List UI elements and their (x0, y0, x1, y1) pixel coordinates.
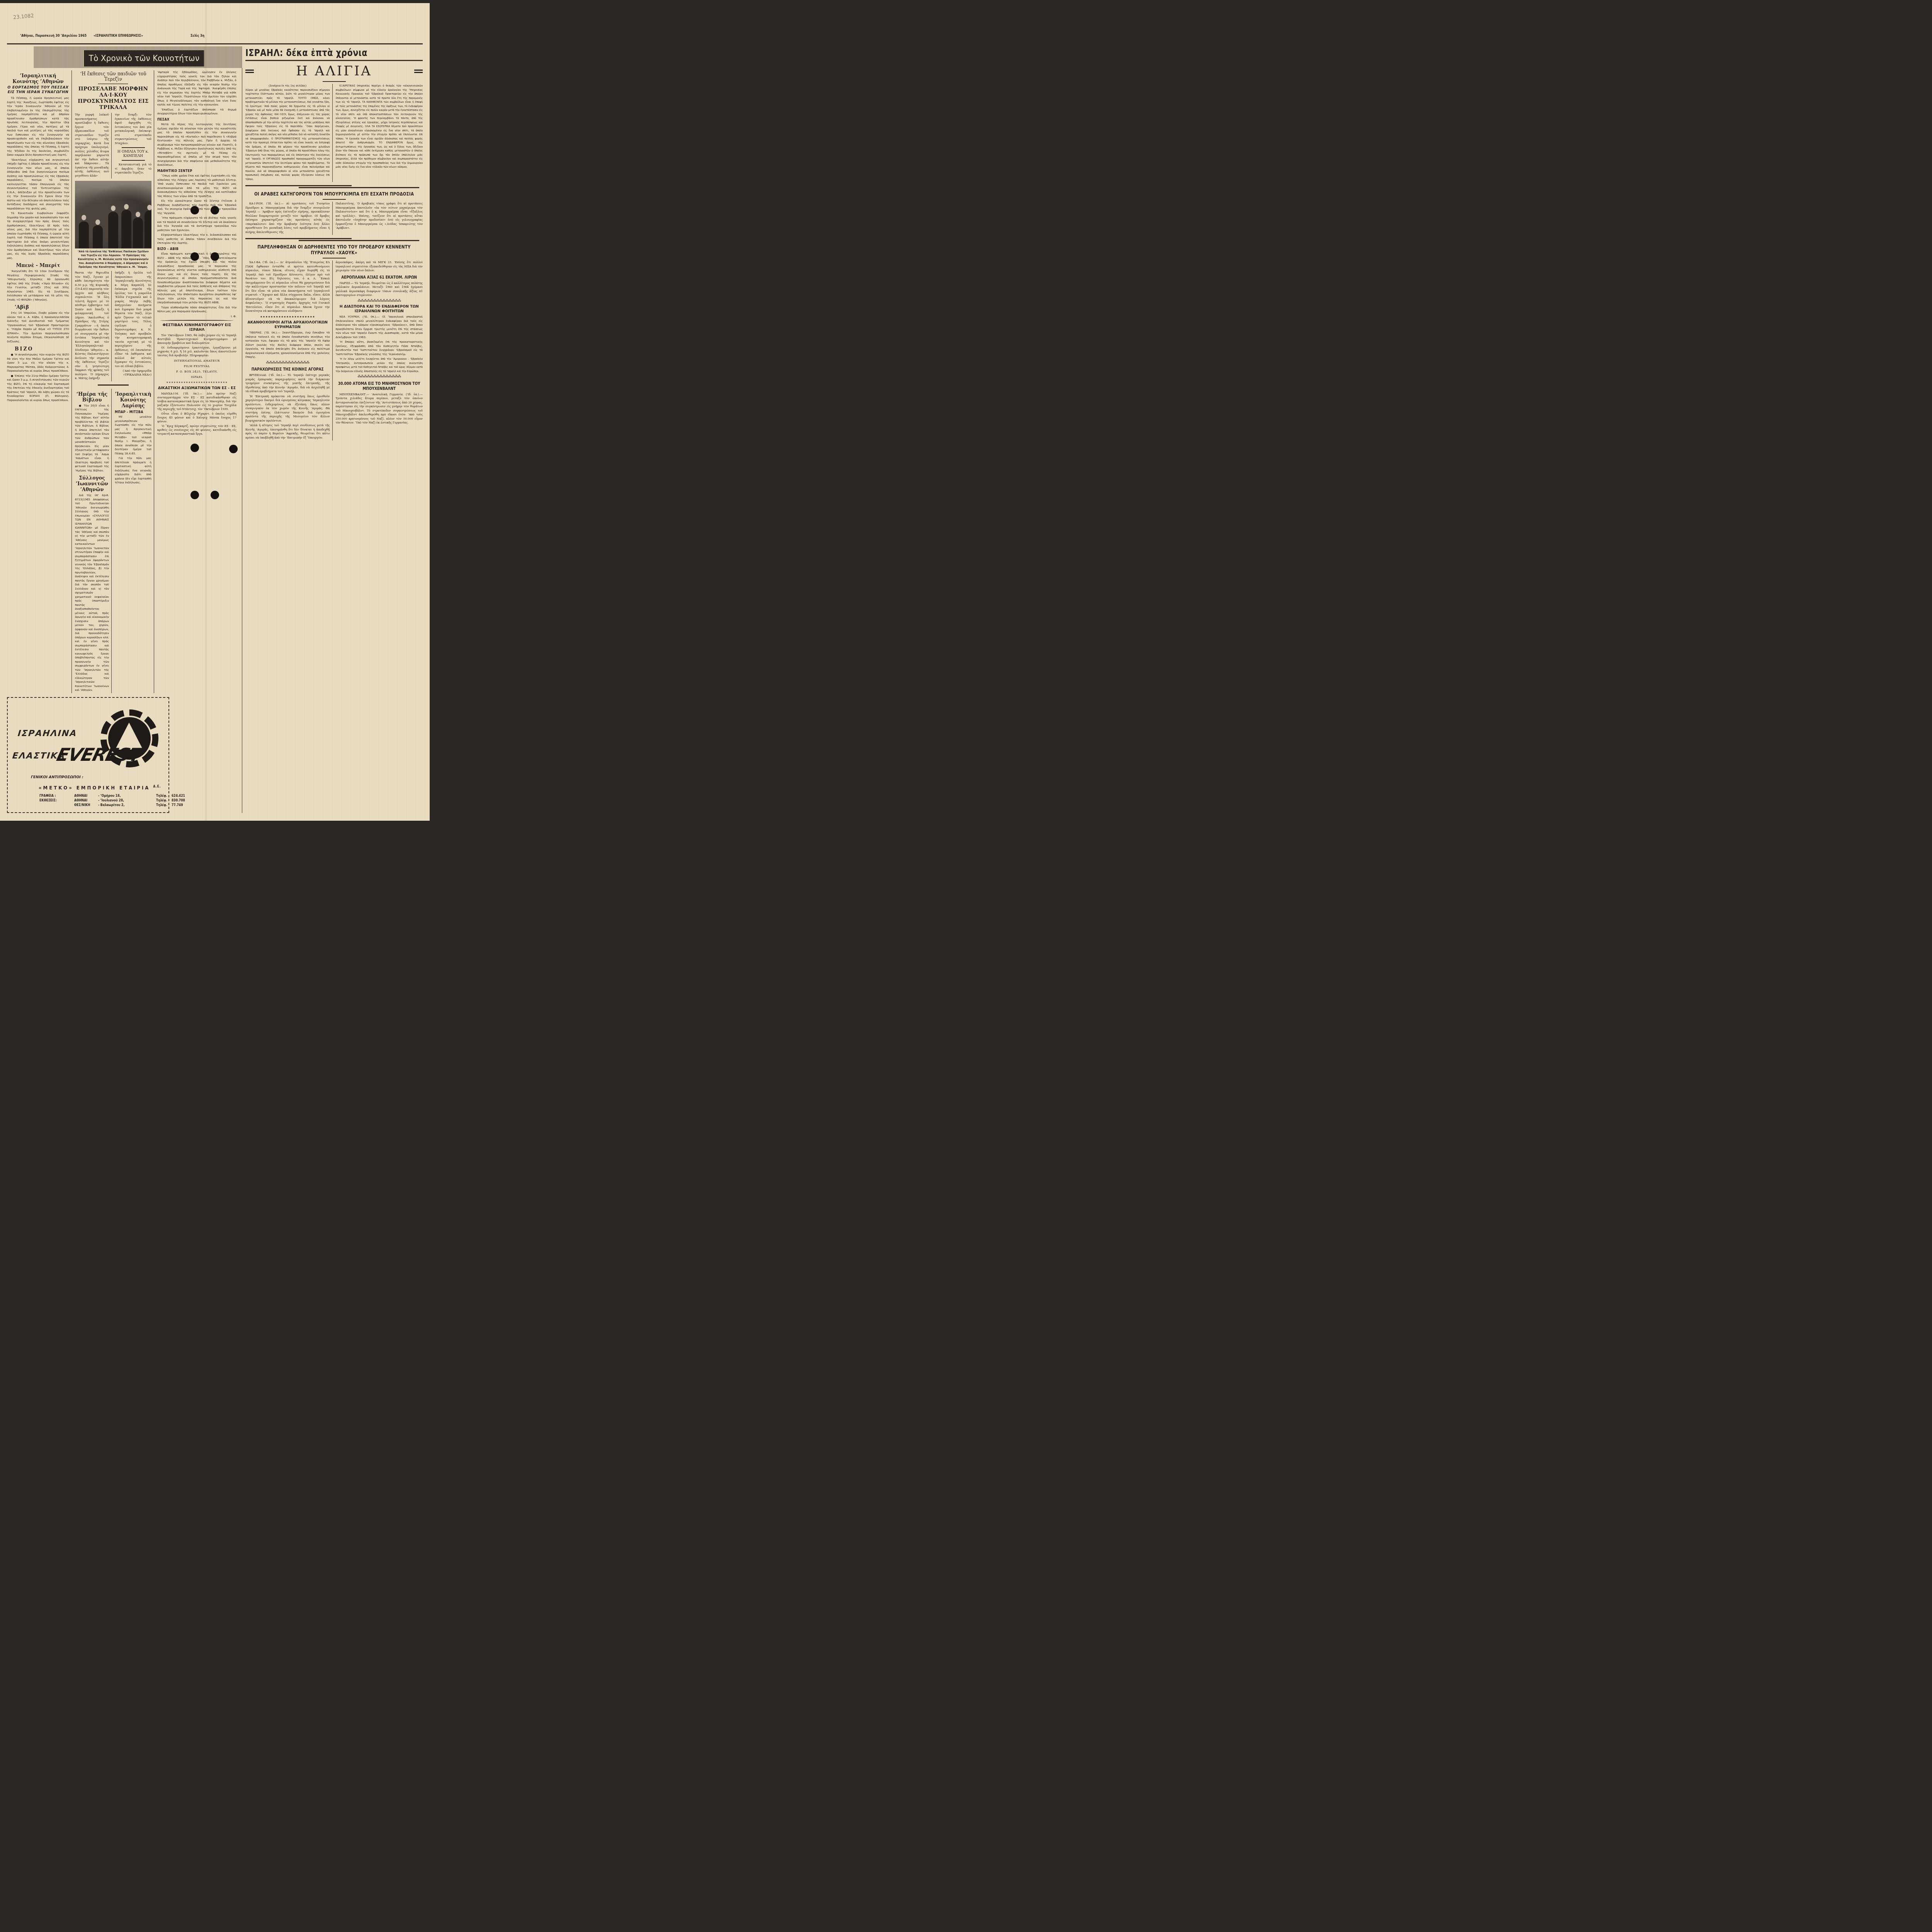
terezin-headline: ΠΡΟΣΕΛΑΒΕ ΜΟΡΦΗΝ ΛΑ·Ι·ΚΟΥ ΠΡΟΣΚΥΝΗΜΑΤΟΣ … (75, 86, 151, 111)
bible-day-heading: ‘Ημέρα τῆς Βίβλου (75, 391, 109, 403)
everest-tires-advertisement: ΙΣΡΑΗΛΙΝΑ ΕΛΑΣΤΙΚΑ EVEREST ΓΕΝΙΚΟΙ ΑΝΤΙΠ… (7, 697, 169, 813)
author-signature: Ι. Φ. (157, 315, 236, 318)
braid-divider: ⁂⁂⁂⁂⁂⁂⁂⁂⁂⁂⁂⁂⁂⁂ (336, 299, 423, 303)
article-paragraph: Στὶς 14 ’Απριλίου, ἔλαβε χώραν εἰς τὴν ο… (7, 311, 69, 344)
article-paragraph: ΜΑΝΧΑ·Ι·Μ. (’Ιδ. ὑπ.).— Δύο πρώην Ναζὶ σ… (157, 392, 236, 411)
larisa-continuation-column: ’Αφταρὰ τῆς ἑβδομάδος, ὡμίλησεν ἐν ὀλίγο… (157, 70, 236, 693)
article-paragraph: Οἱ ἐνδιαφερόμενοι ἐρασιτέχναι, ἐργαζόμεν… (157, 346, 236, 357)
ad-contacts: ΓΡΑΦΕΙΑ : ΑΘΗΝΑΙ - ‘Ομήρου 18, Τηλέφ. 62… (39, 794, 195, 808)
article-paragraph: ΜΠΟΥΧΕΝΒΑΛΝΤ.— ’Ανατολικὴ Γερμανία. (’Ιδ… (336, 393, 423, 425)
hawk-missiles-headline: ΠΑΡΕΛΗΦΘΗΣΑΝ ΟΙ ΔΩΡΗΘΕΝΤΕΣ ΥΠΟ ΤΟΥ ΠΡΟΕΔ… (245, 244, 423, 256)
double-bar-ornament-icon (245, 70, 254, 73)
article-paragraph: ● ‘Η συγκέντρωσις τῶν κυριῶν τῆς ΒΙΖΟ θὰ… (7, 353, 69, 373)
punch-hole (190, 491, 199, 499)
photo-caption: ’Απὸ τὰ ἐγκαίνια τῆς ’Εκθέσεως Παιδικῶν … (75, 250, 151, 269)
article-paragraph: ΝΕΑ ΥΟΥΡΚΗ. (’Ιδ. ὑπ.).— Οἱ ’Ισραηλινοὶ … (336, 315, 423, 339)
festival-address-line: P. O. BOX 2425, TELAVIV, (157, 370, 236, 374)
article-paragraph: ‘Η ἐν λόγῳ μελέτη ἐνισχύεται ἀπὸ τὴν ’Αμ… (336, 357, 423, 373)
punch-hole (190, 206, 199, 214)
star-divider: ★★★★★★★★★★★★★★★★★★★★★ (245, 315, 330, 319)
masthead-date: ’Αθῆναι, Παρασκευὴ 30 ’Απριλίου 1965 (20, 34, 87, 38)
article-paragraph: ’Αλλὰ ἡ αἴτησις τοῦ ’Ισραὴλ περὶ συνδέσε… (245, 423, 330, 440)
article-paragraph: Χῶραι μὲ μεγάλας ἑβραϊκὰς κοινότητας παρ… (245, 88, 330, 182)
aviv-heading: ’Αβὶβ (7, 304, 69, 310)
article-paragraph: ΤΙΒΕΡΙΑΣ. (’Ιδ. ὑπ.).— Σκαντζόχοιροι, ἐν… (245, 331, 330, 359)
article-paragraph: Τὸ Πέσσαχ, ἡ ὡραία θρησκευτική μας ἑορτὴ… (7, 96, 69, 157)
contact-tel-label: Τηλέφ. (156, 794, 172, 798)
punch-hole (211, 206, 219, 214)
passover-subheading: Ο ΕΟΡΤΑΣΜΟΣ ΤΟΥ ΠΕΣΣΑΧ ΕΙΣ ΤΗΝ ΙΕΡΑΝ ΣΥΝ… (7, 85, 69, 95)
double-bar-ornament-icon (414, 70, 423, 73)
article-paragraph: ● ’Επίσης τὴν 21ην Μαΐου ἡμέραν Τρίτην κ… (7, 374, 69, 403)
article-paragraph: θαστα τὴν θηριωδία τῶν Ναζί, ἔγιναν μὲ κ… (75, 271, 109, 381)
punch-hole (229, 445, 238, 453)
ad-company-suffix: Α.Ε. (153, 785, 161, 788)
article-paragraph: Τὴν μορφὴ λαϊκοῦ προσκυνήματος προσέλαβε… (75, 113, 109, 178)
athens-community-column: ’Ισραηλιτική Κοινότης ’Αθηνῶν Ο ΕΟΡΤΑΣΜΟ… (7, 70, 72, 693)
contact-address: - Βαλαωρίτου 2, (98, 803, 156, 808)
contact-address: - ’Ιουλιανοῦ 28, (98, 798, 156, 803)
masthead-rule (7, 43, 423, 44)
contact-type: ΕΚΘΕΣΕΙΣ: (39, 798, 74, 803)
ad-contact-row: ΕΚΘΕΣΕΙΣ: ΑΘΗΝΑΙ - ’Ιουλιανοῦ 28, Τηλέφ.… (39, 798, 195, 803)
punch-hole (211, 491, 219, 499)
article-paragraph: την ἔναρξι τῶν ἐγκαινίων τῆς ἐκθέσεως ἀφ… (115, 113, 151, 145)
article-paragraph: Τώρα αἰσθανόμεθα πόσο ἀπαραίτητος ἦτο δι… (157, 306, 236, 314)
continued-note: (Συνέχεια ἐκ τῆς 1ης σελίδος) (245, 84, 330, 88)
punch-hole (211, 252, 219, 261)
article-paragraph: ῾Ητο πράγματι εὐχάριστο τὸ νὰ βλέπῃς τοὺ… (157, 216, 236, 232)
divider (323, 199, 346, 200)
ioannina-heading: Σύλλογος ’Ιωαννιτῶν ’Αθηνῶν (75, 475, 109, 492)
bizo-heading: ΒΙΖΟ (7, 346, 69, 352)
braid-divider: ⁂⁂⁂⁂⁂⁂⁂⁂⁂⁂⁂⁂⁂⁂ (245, 361, 330, 365)
chronicle-section: Τὸ Χρονικὸ τῶν Κοινοτήτων ’Ισραηλιτική Κ… (7, 46, 236, 813)
double-divider (245, 238, 423, 241)
ad-company: «ΜΕΤΚΟ» ΕΜΠΟΡΙΚΗ ΕΤΑΙΡΙΑ Α.Ε. (39, 785, 161, 791)
article-paragraph: Εὐχαριστοῦμεν ἰδιαιτέρως τὴν κ. διδασκάλ… (157, 233, 236, 245)
contact-city: ΑΘΗΝΑΙ (74, 798, 98, 803)
film-festival-article: ΦΕΣΤΙΒΑΛ ΚΙΝΗΜΑΤΟΓΡΑΦΟΥ ΕΙΣ ΙΣΡΑΗΛ Τὸν ’… (157, 323, 236, 379)
article-paragraph: ῞Οπως κάθε χρόνο ἔτσι καὶ ἐφέτος ἑωρτάσθ… (157, 174, 236, 198)
contact-type (39, 803, 74, 808)
terezin-kicker: ‘Η ἔκθεσις τῶν παιδιῶν τοῦ Τερεζὶν (75, 71, 151, 82)
ad-contact-row: ΘΕΣ/ΝΙΚΗ - Βαλαωρίτου 2, Τηλέφ. 77.749 (39, 803, 195, 808)
braid-divider: ⁂⁂⁂⁂⁂⁂⁂⁂⁂⁂⁂⁂⁂⁂ (336, 375, 423, 379)
article-paragraph: ΒΡΥΞΕΛΛΑΙ. (’Ιδ. ὑπ.).— Τὸ ’Ισραὴλ ἐπέτυ… (245, 373, 330, 394)
contact-city: ΘΕΣ/ΝΙΚΗ (74, 803, 98, 808)
masthead-title: «ΙΣΡΑΗΛΙΤΙΚΗ ΕΠΙΘΕΩΡΗΣΙΣ» (94, 34, 143, 38)
contact-city: ΑΘΗΝΑΙ (74, 794, 98, 798)
terezin-article: ‘Η ἔκθεσις τῶν παιδιῶν τοῦ Τερεζὶν ΠΡΟΣΕ… (75, 70, 236, 693)
festival-address-line: FILM FESTIVAL (157, 364, 236, 368)
aliya-title-row: Η ΑΛΙΓΙΑ (245, 63, 423, 79)
speech-heading: Η ΟΜΙΛΙΑ ΤΟΥ κ. ΚΑΜΠΕΛΗ (115, 150, 151, 158)
article-paragraph: ὑπῆρξε ἡ ὁμιλία τοῦ ἐκπροσώπου τῆς ’Ισρα… (115, 271, 151, 368)
contact-tel-label: Τηλέφ. (156, 798, 172, 803)
source-credit: (’Απὸ τὴν ἐφημερίδα «ΤΡΙΚΑΛΙΝΑ ΝΕΑ») (115, 369, 151, 377)
article-paragraph: ’Αφταρὰ τῆς ἑβδομάδος, ὡμίλησεν ἐν ὀλίγο… (157, 70, 236, 107)
israel-section: ΙΣΡΑΗΛ: δέκα ἑπτὰ χρόνια Η ΑΛΙΓΙΑ (Συνέχ… (242, 46, 423, 813)
contact-phone: 77.749 (172, 803, 195, 808)
aliya-title: Η ΑΛΙΓΙΑ (296, 63, 372, 79)
ss-trial-headline: ΔΙΚΑΣΤΙΚΗ ΑΞΙΩΜΑΤΙΚΩΝ ΤΩΝ ΕΣ - ΕΣ (157, 386, 236, 391)
festival-address-line: INTERNATIONAL AMATEUR (157, 359, 236, 363)
article-paragraph: Μὲ μεγάλην μεγαλοπρέπειαν ἑωρτάσθη εἰς τ… (115, 415, 151, 456)
arabs-headline: ΟΙ ΑΡΑΒΕΣ ΚΑΤΗΓΟΡΟΥΝ ΤΟΝ ΜΠΟΥΡΓΚΙΜΠΑ ΕΠΙ… (245, 191, 423, 197)
double-divider (245, 185, 423, 188)
article-paragraph: Τὸν ’Οκτώβριον 1965, θὰ λάβη χώραν εἰς τ… (157, 333, 236, 345)
film-festival-headline: ΦΕΣΤΙΒΑΛ ΚΙΝΗΜΑΤΟΓΡΑΦΟΥ ΕΙΣ ΙΣΡΑΗΛ (157, 323, 236, 332)
divider (122, 160, 145, 161)
ad-representatives-label: ΓΕΝΙΚΟΙ ΑΝΤΙΠΡΟΣΩΠΟΙ : (31, 775, 83, 779)
larisa-heading: ’Ισραηλιτικὴ Κοινότης Λαρίσης (115, 391, 151, 408)
article-paragraph: ἀεροσκάφος, ἀκόμη καὶ τὰ ΜΙΓΚ 23. ’Επίση… (336, 260, 423, 273)
article-paragraph: ΧΑ·Ι·ΦΑ. (’Ιδ. ὑπ.).— Δι’ ἀτμοπλοίου τῆς… (245, 260, 330, 313)
article-paragraph: ‘Η ’Επιτροπὴ πρόκειται νὰ συστήσῃ ὅπως ὁ… (245, 395, 330, 423)
common-market-headline: ΠΑΡΑΧΩΡΗΣΕΙΣ ΤΗΣ ΚΟΙΝΗΣ ΑΓΟΡΑΣ (245, 367, 330, 372)
article-paragraph: ‘Η ἄποψις αὕτη, βασιζομένη ἐπὶ τῆς προκα… (336, 340, 423, 356)
article-paragraph: Γιὰ τὴν πόλι μας ἀπετέλεσε πράγματι ἡ ἑο… (115, 456, 151, 485)
divider (245, 60, 423, 61)
divider (323, 258, 346, 259)
article-paragraph: Παλαιστίνης. ‘Ο ἀραβικὸς τύπος γράφει ὅτ… (336, 202, 423, 230)
punch-hole (190, 252, 199, 261)
article-paragraph: ’Ανηγγέλθη ὅτι τὸ 10ον Συνέδριον τῆς Μεγ… (7, 269, 69, 302)
dotted-rule (98, 83, 128, 84)
israel-17-years-title: ΙΣΡΑΗΛ: δέκα ἑπτὰ χρόνια (245, 47, 408, 58)
newspaper-page: 23.1082 ’Αθῆναι, Παρασκευὴ 30 ’Απριλίου … (0, 3, 430, 821)
bar-mitzvah-subheading: ΜΠΑΡ - ΜΙΤΣΒΑ (115, 410, 151, 415)
article-paragraph: ΚΑ·Ι·ΡΟΝ. (’Ιδ. ὑπ.).— Αἱ προτάσεις τοῦ … (245, 202, 330, 234)
bene-berith-heading: Μπενὲ - Μπερίτ (7, 262, 69, 268)
contact-tel-label: Τηλέφ. (156, 803, 172, 808)
article-paragraph: Τὸ Κοινοτικὸν Συμβούλιον ἐκφράζει δημοσί… (7, 211, 69, 260)
divider (98, 384, 129, 386)
contact-phone: 830.708 (172, 798, 195, 803)
contact-phone: 624.421 (172, 794, 195, 798)
masthead: ’Αθῆναι, Παρασκευὴ 30 ’Απριλίου 1965 «ΙΣ… (7, 3, 423, 39)
ss-trial-article: ΔΙΚΑΣΤΙΚΗ ΑΞΙΩΜΑΤΙΚΩΝ ΤΩΝ ΕΣ - ΕΣ ΜΑΝΧΑ·… (157, 386, 236, 436)
athens-heading: ’Ισραηλιτική Κοινότης ’Αθηνῶν (7, 73, 69, 84)
ad-contact-row: ΓΡΑΦΕΙΑ : ΑΘΗΝΑΙ - ‘Ομήρου 18, Τηλέφ. 62… (39, 794, 195, 798)
article-paragraph: Κατατοπιστικὴ γιὰ τὸ τί ἀκριβῶς ἦταν τὸ … (115, 163, 151, 175)
pesach-subheading: ΠΕΣΑΧ (157, 118, 236, 122)
masthead-page-number: Σελὶς 3η (190, 34, 204, 38)
article-paragraph: ’Επαξίως ὁ ἑορτάζων ἀπέσπασε τὰ θερμὰ συ… (157, 108, 236, 116)
article-paragraph: ΠΑΡΙΣΙ.— Τὸ ’Ισραήλ, θεωρεῖται ὡς ὁ καλλ… (336, 281, 423, 298)
ad-company-name: «ΜΕΤΚΟ» ΕΜΠΟΡΙΚΗ ΕΤΑΙΡΙΑ (39, 785, 150, 791)
divider (323, 81, 346, 82)
wavy-divider (160, 320, 233, 321)
article-paragraph: ● Τὴν 20)5 εἶναι ἡ ἐπέτειος τῆς Παγκοσμί… (75, 404, 109, 473)
star-divider: ✶✶✶✶✶✶✶✶✶✶✶✶✶✶✶✶✶✶✶✶✶✶✶✶✶ (157, 381, 236, 385)
exhibition-photo (75, 181, 151, 248)
festival-address-line: ISPAEL (157, 375, 236, 379)
article-paragraph: ‘Ο ῎Εριχ Σόγκαρτζ, πρώην στρατιώτης τῶν … (157, 424, 236, 436)
chronicle-banner-title: Τὸ Χρονικὸ τῶν Κοινοτήτων (89, 54, 199, 63)
article-paragraph: Οὗτοι εἶναι ὁ Βίλχελμ Ρίχαρντ, ὁ ὁποῖος … (157, 412, 236, 423)
ad-line-israeli: ΙΣΡΑΗΛΙΝΑ (17, 729, 78, 738)
hedgehogs-headline: ΑΚΑΝΘΟΧΟΙΡΟΙ ΑΙΤΙΑ ΑΡΧΑΙΟΛΟΓΙΚΩΝ ΕΥΡΗΜΑΤ… (245, 320, 330, 330)
article-paragraph: Μετὰ τὸ πέρας τῆς λειτουργίας τῆς δευτέρ… (157, 122, 236, 167)
student-seder-subheading: ΜΑΘΗΤΙΚΟ ΣΕΝΤΕΡ (157, 169, 236, 173)
chronicle-banner: Τὸ Χρονικὸ τῶν Κοινοτήτων (34, 46, 243, 68)
contact-type: ΓΡΑΦΕΙΑ : (39, 794, 74, 798)
diaspora-headline: Η ΔΙΑΣΠΟΡΑ ΚΑΙ ΤΟ ΕΝΔΙΑΦΕΡΟΝ ΤΩΝ ΙΣΡΑΗΛΙ… (336, 304, 423, 314)
ad-brand: EVEREST (54, 744, 143, 765)
contact-address: - ‘Ομήρου 18, (98, 794, 156, 798)
bizo-aviv-subheading: ΒΙΖΟ - ΑΒΙΒ (157, 247, 236, 252)
article-paragraph: ’Ιδιαιτέρως εὐχάριστη καὶ συγκινητικὴ ὑπ… (7, 158, 69, 211)
divider (122, 147, 145, 148)
memorial-headline: 30.000 ΑΤΟΜΑ ΕΙΣ ΤΟ ΜΝΗΜΟΣΥΝΟΝ ΤΟΥ ΜΠΟΥΧ… (336, 381, 423, 391)
article-paragraph: ΕΞΑΙΡΕΤΙΚΑΣ ὑπηρεσίας παρέχει ὁ θεσμὸς τ… (336, 84, 423, 169)
punch-hole (190, 444, 199, 452)
planes-headline: ΑΕΡΟΠΛΑΝΑ ΑΞΙΑΣ 61 ΕΚΑΤΟΜ. ΛΙΡΩΝ (336, 275, 423, 280)
article-paragraph: Διὰ τῆς ὑπ’ ἀριθ. 6723)1965 ἀποφάσεως το… (75, 493, 109, 692)
